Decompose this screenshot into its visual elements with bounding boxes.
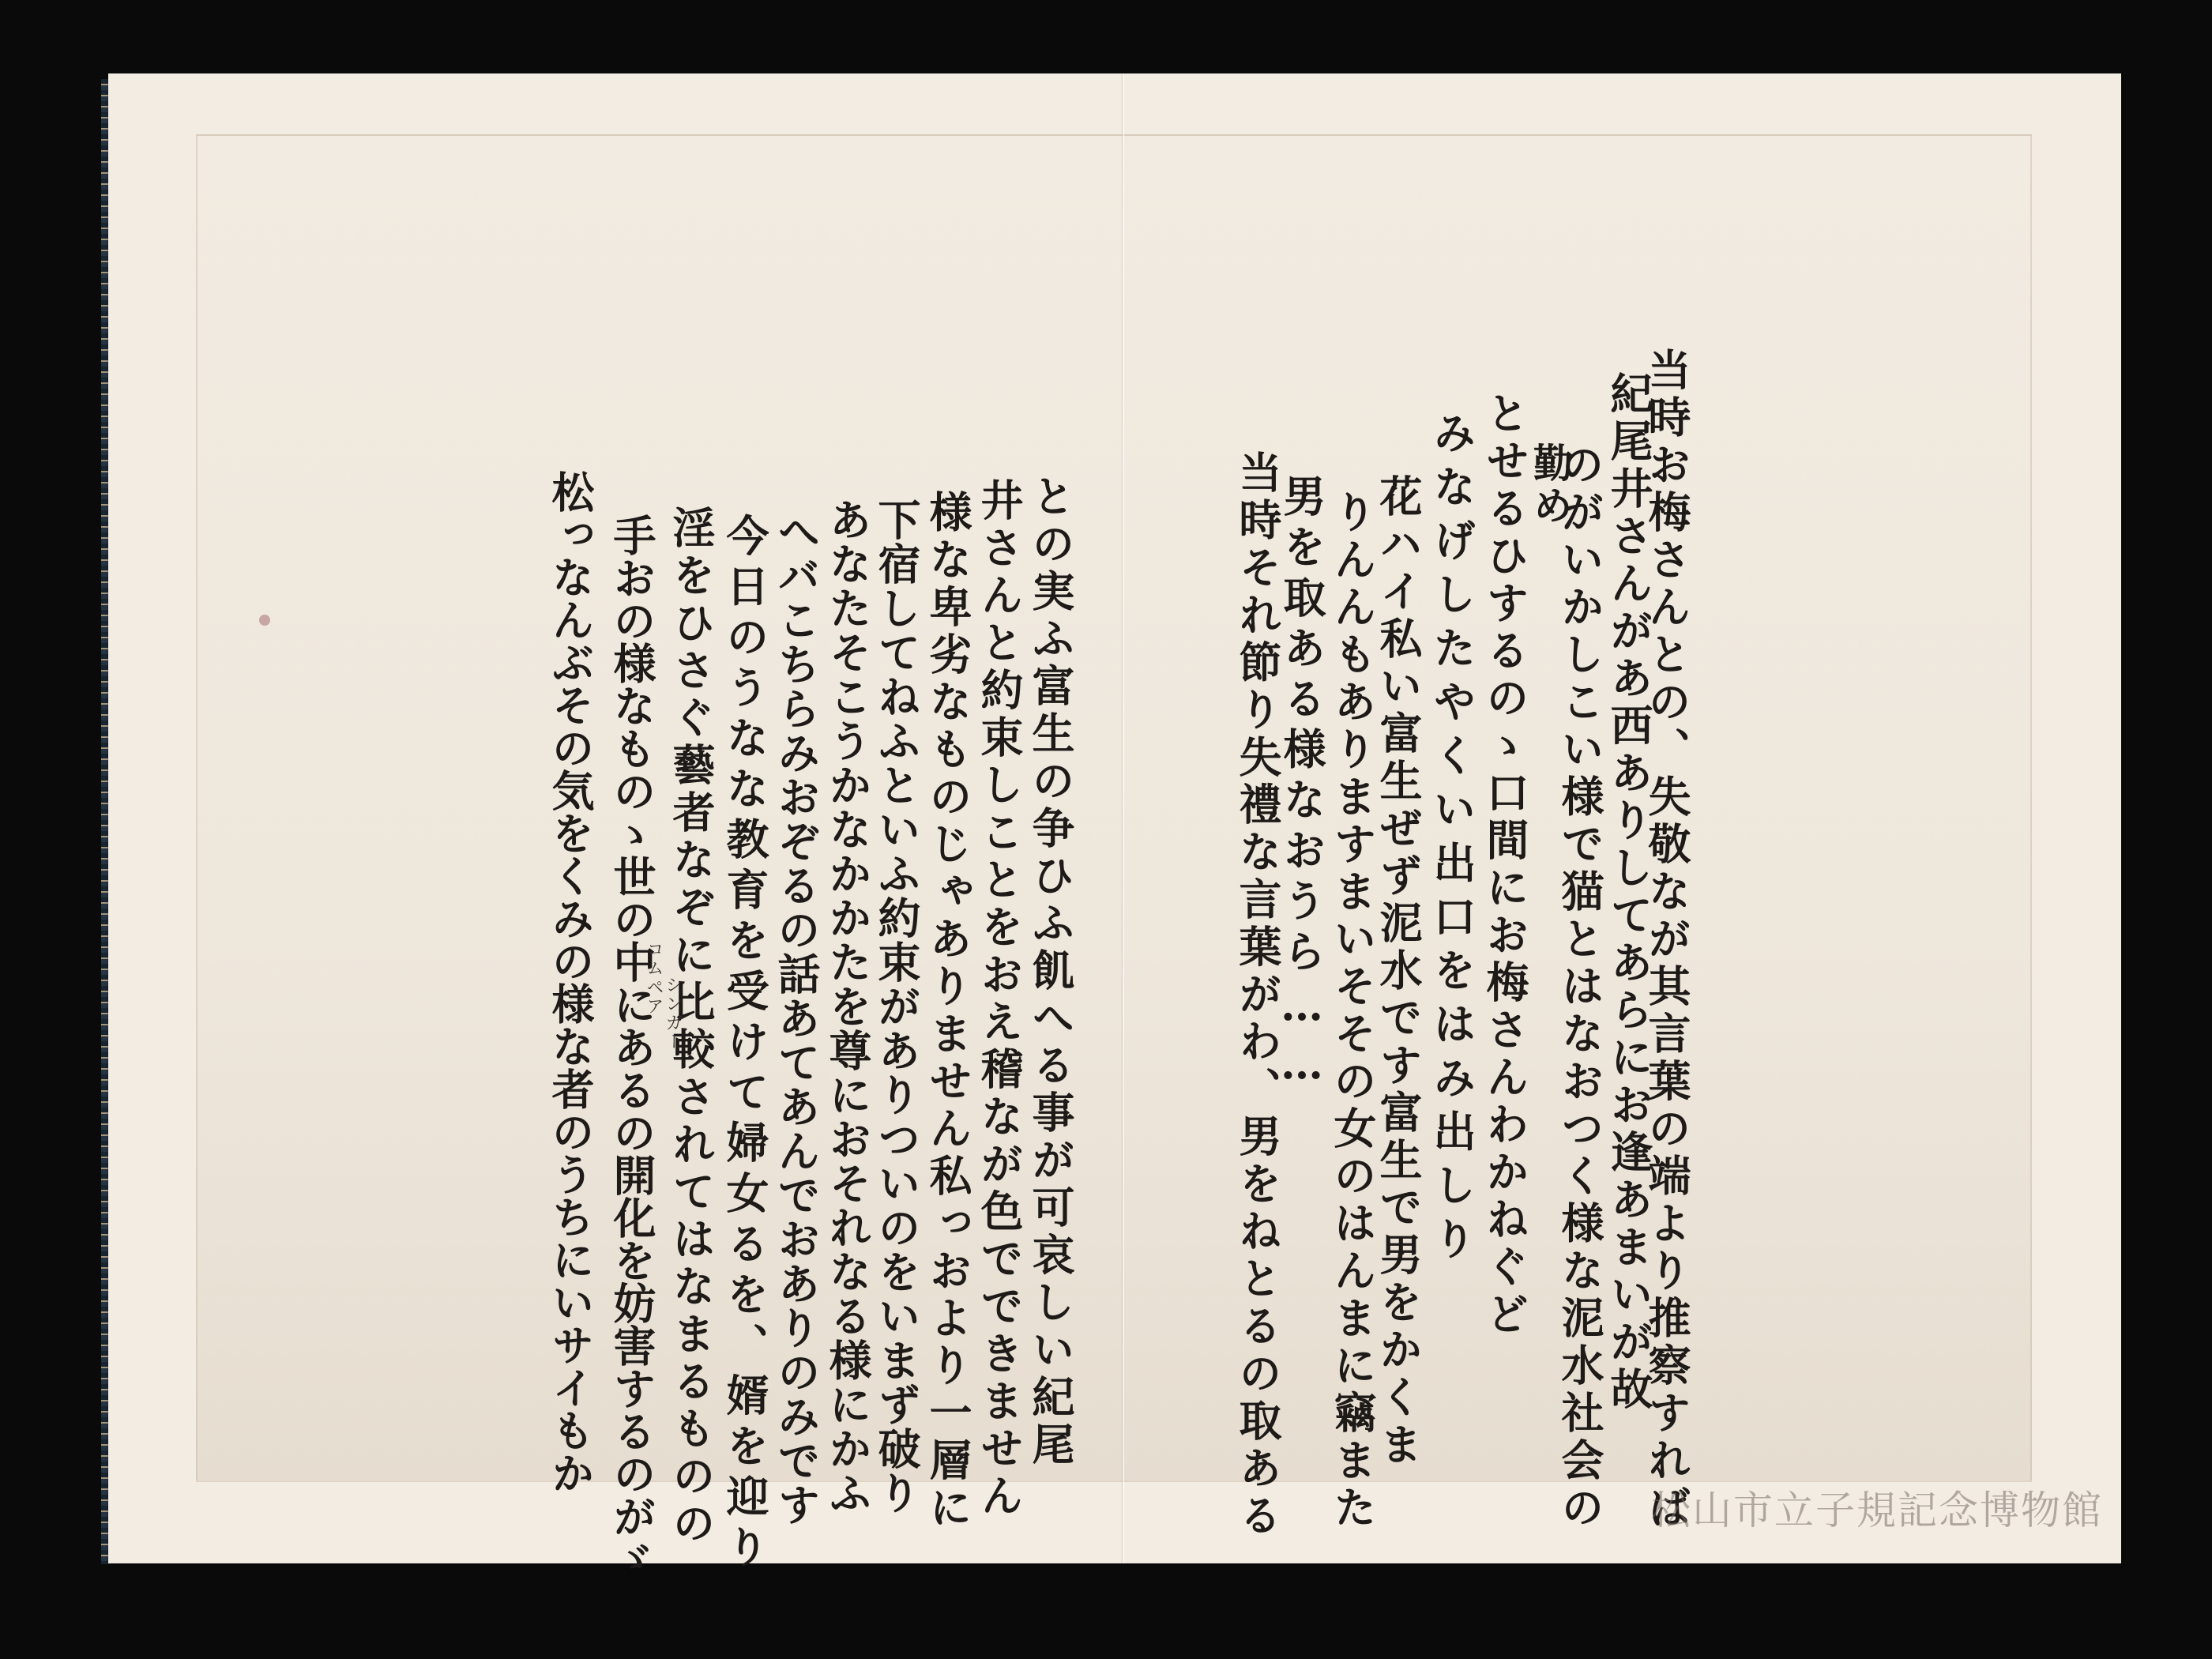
text-column: りんんもありますまいそその女のはんまに竊また — [1331, 490, 1374, 1533]
text-column: のがいかしこい様で猫とはなおつく様な泥水社会の — [1559, 442, 1601, 1533]
text-column: 男を取ある様なおうら…… — [1281, 474, 1323, 1097]
text-column: 紀尾井さんがあ西ありしてあらにお逢あまいが故 — [1608, 371, 1650, 1414]
ruby-annotation: コムペア — [641, 940, 666, 1016]
stain-spot — [259, 615, 270, 626]
text-column: 勤め — [1530, 442, 1570, 528]
text-column: 今日のうなな教育を受けて婦女るを、婿を迎り — [724, 513, 766, 1575]
text-column: あなたそこうかなかかたを尊におそれなる様にかふ — [826, 498, 869, 1515]
text-column: 当時それ節り失禮な言葉がわ、男をねとるの取ある — [1236, 450, 1279, 1540]
text-column: 下宿してねふといふ約束がありついのをいまず破り — [875, 498, 918, 1515]
text-column: 花ハイ私い富生ぜず泥水です富生で男をかくま — [1377, 474, 1420, 1469]
text-column: との実ふ富生の争ひふ飢へる事が可哀しい紀尾 — [1029, 474, 1072, 1469]
text-column: 手おの様なものゝ世の中にあるの開化を妨害するのがゞ — [611, 513, 653, 1580]
page-plate-border — [196, 134, 2032, 1482]
museum-watermark: 松山市立子規記念博物館 — [1651, 1479, 2103, 1536]
text-column: 松っなんぶその気をくみの様な者のうちにいサイもか — [549, 470, 592, 1494]
text-column: へバこちらみおぞるの話あてあんでおありのみです — [775, 510, 818, 1527]
center-fold — [1123, 73, 1124, 1563]
text-column: 様な卑劣なものじゃありません私っおより一層に — [927, 490, 969, 1533]
text-column: 井さんと約束しことをおえ稽なが色でできません — [978, 478, 1021, 1521]
text-column: とせるひするのゝ口間にお梅さんわかねぐど — [1484, 391, 1526, 1339]
text-column: みなげしたやくい出口をはみ出しり — [1431, 411, 1473, 1270]
